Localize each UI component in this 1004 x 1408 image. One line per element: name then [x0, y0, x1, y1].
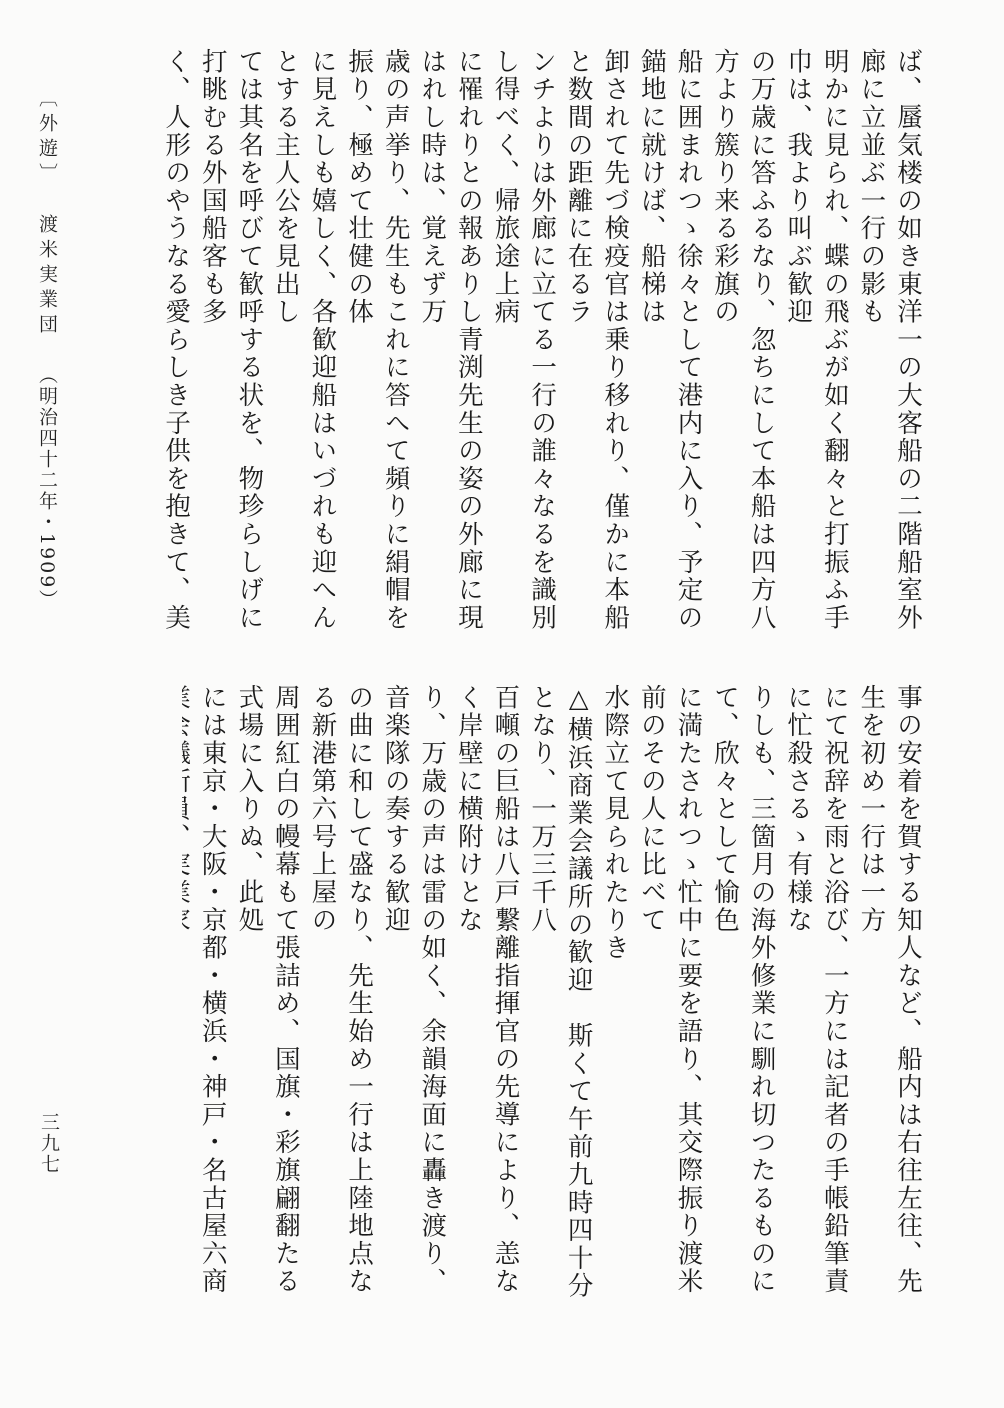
- text-column: 百噸の巨船は八戸繋離指揮官の先導により、恙なく岸壁に横附けとな: [450, 684, 523, 1304]
- text-column: りしも、三箇月の海外修業に馴れ切つたるものにて、欣々として愉色: [706, 684, 779, 1304]
- text-column: 周囲紅白の幔幕もて張詰め、国旗・彩旗翩翻たる式場に入りぬ、此処: [231, 684, 304, 1304]
- text-column: には東京・大阪・京都・横浜・神戸・名古屋六商業会議所員、実業家: [182, 684, 231, 1304]
- text-column: に罹れりとの報ありし青渕先生の姿の外廊に現はれし時は、覚えず万: [414, 48, 487, 648]
- running-head-year: （明治四十二年・1909）: [36, 365, 58, 610]
- running-head: 〔外遊〕渡米実業団（明治四十二年・1909）: [34, 88, 61, 610]
- text-column: に見えしも嬉しく、各歓迎船はいづれも迎へんとする主人公を見出し: [267, 48, 340, 648]
- text-column: に満たされつゝ忙中に要を語り、其交際振り渡米前のその人に比べて: [633, 684, 706, 1304]
- text-column: く、人形のやうなる愛らしき子供を抱きて、美しく飾られたる歓迎船: [166, 48, 194, 648]
- text-column: 事の安着を賀する知人など、船内は右往左往、先生を初め一行は一方: [853, 684, 926, 1304]
- lower-text-band: 事の安着を賀する知人など、船内は右往左往、先生を初め一行は一方 にて祝辞を雨と浴…: [182, 684, 926, 1304]
- text-column: ては其名を呼びて歓呼する状を、物珍らしげに打眺むる外国船客も多: [194, 48, 267, 648]
- text-column: 船に囲まれつゝ徐々として港内に入り、予定の錨地に就けば、船梯は: [633, 48, 706, 648]
- text-column: 歳の声挙り、先生もこれに答へて頻りに絹帽を振り、極めて壮健の体: [341, 48, 414, 648]
- text-column: 明かに見られ、蝶の飛ぶが如く翻々と打振ふ手巾は、我より叫ぶ歓迎: [780, 48, 853, 648]
- text-column: 水際立て見られたりき: [597, 684, 634, 1304]
- page-number: 三九七: [36, 1112, 63, 1175]
- text-column: ンチよりは外廊に立てる一行の誰々なるを識別し得べく、帰旅途上病: [487, 48, 560, 648]
- text-column: 卸されて先づ検疫官は乗り移れり、僅かに本船と数間の距離に在るラ: [560, 48, 633, 648]
- text-column: の曲に和して盛なり、先生始め一行は上陸地点なる新港第六号上屋の: [304, 684, 377, 1304]
- text-column: の万歳に答ふるなり、忽ちにして本船は四方八方より簇り来る彩旗の: [706, 48, 779, 648]
- text-column: り、万歳の声は雷の如く、余韻海面に轟き渡り、音楽隊の奏する歓迎: [377, 684, 450, 1304]
- text-column: ば、蜃気楼の如き東洋一の大客船の二階船室外廊に立並ぶ一行の影も: [853, 48, 926, 648]
- upper-text-band: ば、蜃気楼の如き東洋一の大客船の二階船室外廊に立並ぶ一行の影も 明かに見られ、蝶…: [166, 48, 926, 648]
- running-head-title: 渡米実業団: [36, 214, 58, 339]
- running-head-section: 〔外遊〕: [36, 88, 58, 188]
- text-column: にて祝辞を雨と浴び、一方には記者の手帳鉛筆責に忙殺さるゝ有様な: [780, 684, 853, 1304]
- section-heading-yokohama: △横浜商業会議所の歓迎 斯くて午前九時四十分となり、一万三千八: [523, 684, 596, 1304]
